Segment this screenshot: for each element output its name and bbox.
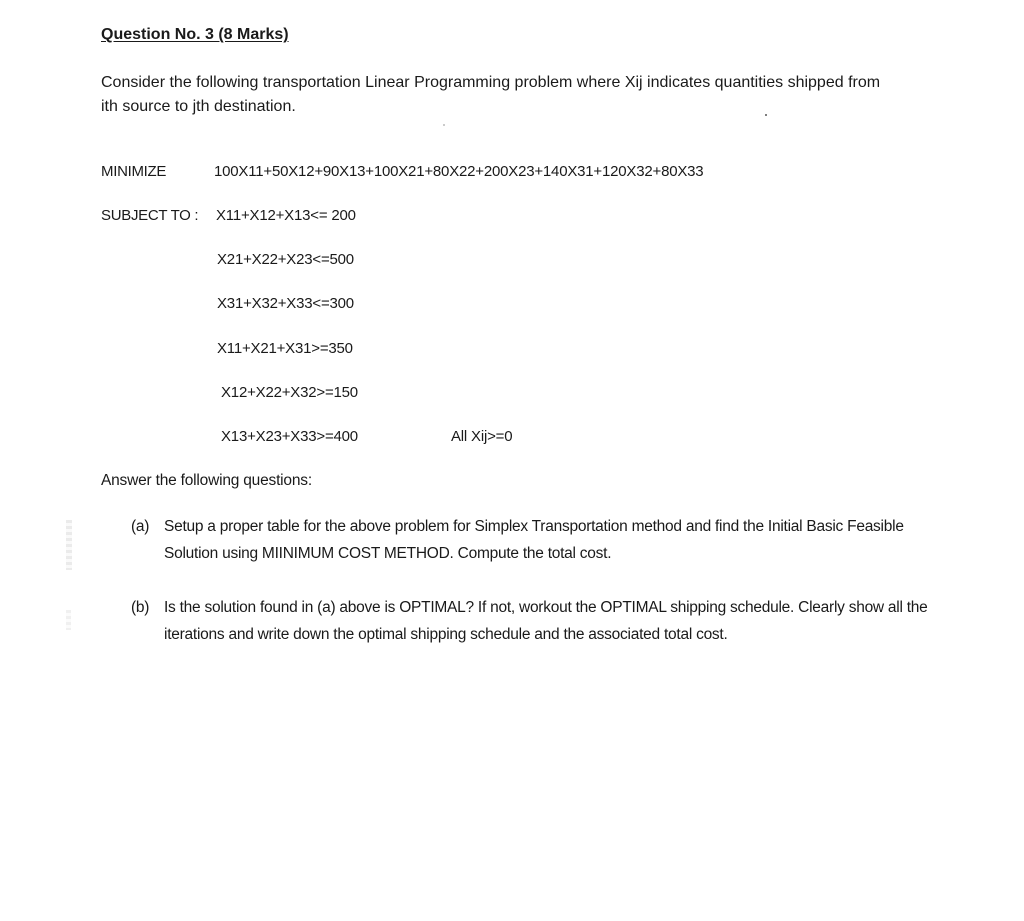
constraint-demand-2: X12+X22+X32>=150: [221, 384, 358, 401]
scan-artifact: [66, 520, 72, 570]
scan-speck: [765, 114, 767, 116]
scan-speck: [443, 124, 445, 126]
question-title: Question No. 3 (8 Marks): [101, 26, 289, 44]
constraint-demand-1: X11+X21+X31>=350: [217, 340, 353, 357]
constraint-demand-3: X13+X23+X33>=400: [221, 428, 358, 445]
question-item-text: Is the solution found in (a) above is OP…: [164, 594, 931, 648]
question-item-a: (a) Setup a proper table for the above p…: [131, 513, 931, 567]
question-item-tag: (a): [131, 513, 149, 540]
nonnegativity-constraint: All Xij>=0: [451, 428, 512, 445]
question-intro: Consider the following transportation Li…: [101, 71, 901, 119]
constraint-supply-1: X11+X12+X13<= 200: [216, 207, 356, 224]
constraint-supply-3: X31+X32+X33<=300: [217, 295, 354, 312]
question-item-text: Setup a proper table for the above probl…: [164, 513, 931, 567]
answers-heading: Answer the following questions:: [101, 472, 312, 490]
minimize-label: MINIMIZE: [101, 163, 166, 180]
scan-artifact: [66, 610, 71, 630]
objective-function: 100X11+50X12+90X13+100X21+80X22+200X23+1…: [214, 163, 703, 180]
question-item-b: (b) Is the solution found in (a) above i…: [131, 594, 931, 648]
question-item-tag: (b): [131, 594, 149, 621]
constraint-supply-2: X21+X22+X23<=500: [217, 251, 354, 268]
subject-to-label: SUBJECT TO :: [101, 207, 198, 224]
